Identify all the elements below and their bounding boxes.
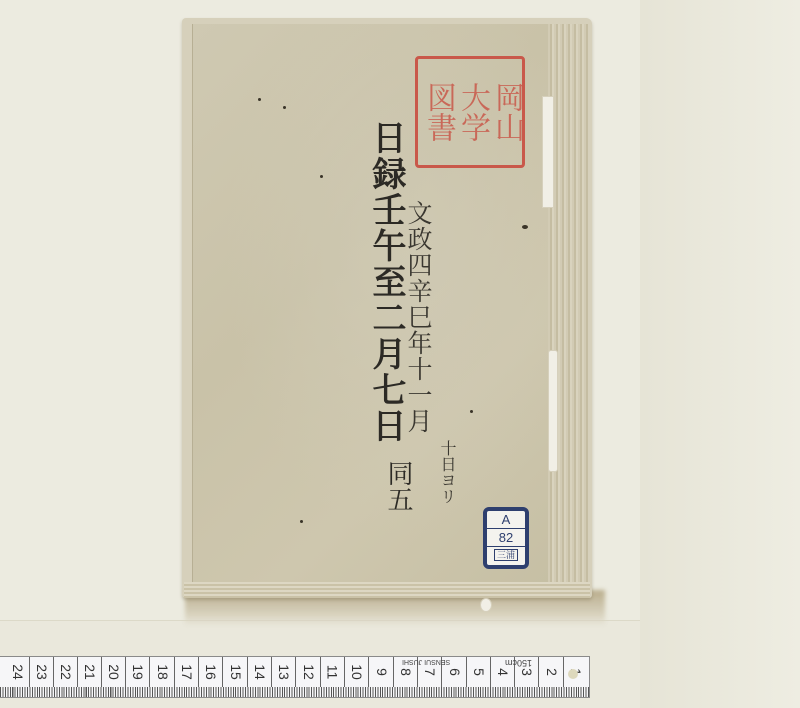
ruler-number: 4 bbox=[494, 668, 510, 676]
label-number: 82 bbox=[487, 529, 525, 547]
ruler-number: 2 bbox=[543, 668, 559, 676]
ink-speck bbox=[522, 225, 528, 229]
title-text: 日録 bbox=[366, 120, 406, 192]
label-class: A bbox=[487, 511, 525, 529]
ruler-number: 22 bbox=[57, 664, 73, 680]
ruler-number: 5 bbox=[470, 668, 486, 676]
ink-speck bbox=[470, 410, 473, 413]
ruler-number: 10 bbox=[348, 664, 364, 680]
ruler-number: 23 bbox=[33, 664, 49, 680]
ruler-number: 14 bbox=[251, 664, 267, 680]
ruler-number: 13 bbox=[275, 664, 291, 680]
ruler-number: 9 bbox=[373, 668, 389, 676]
small-note: 十日ヨリ bbox=[436, 440, 459, 504]
label-collection-text: 三浦 bbox=[494, 549, 518, 561]
ruler-number: 3 bbox=[518, 668, 534, 676]
seal-char: 大学 bbox=[457, 64, 487, 160]
ruler-number: 15 bbox=[227, 664, 243, 680]
seal-char: 岡山 bbox=[491, 64, 521, 160]
ruler-number: 12 bbox=[300, 664, 316, 680]
ruler-number: 8 bbox=[397, 668, 413, 676]
date-inscription: 文政四辛巳年十一月 bbox=[400, 200, 436, 434]
page-edges-right bbox=[548, 24, 588, 594]
library-seal-stamp: 図書 大学 岡山 bbox=[415, 56, 525, 168]
ruler-number: 18 bbox=[154, 664, 170, 680]
label-collection: 三浦 bbox=[487, 547, 525, 564]
ink-speck bbox=[283, 106, 286, 109]
torn-paper-strip bbox=[542, 96, 554, 208]
ruler-pin-hole bbox=[568, 669, 578, 679]
page-edges-bottom bbox=[184, 582, 590, 598]
ink-speck bbox=[258, 98, 261, 101]
ruler-length: 150cm bbox=[505, 658, 532, 668]
catalog-label: A 82 三浦 bbox=[483, 507, 529, 569]
ruler-number: 7 bbox=[421, 668, 437, 676]
paper-fragment bbox=[480, 598, 492, 612]
ruler-number: 16 bbox=[202, 664, 218, 680]
ruler-number: 11 bbox=[324, 665, 340, 680]
ruler-number: 21 bbox=[81, 664, 97, 680]
ruler-number: 6 bbox=[446, 668, 462, 676]
measuring-ruler: 24 23 22 21 20 19 18 17 16 15 14 13 12 1… bbox=[0, 656, 590, 698]
ink-speck bbox=[320, 175, 323, 178]
volume-mark: 同五 bbox=[380, 460, 417, 512]
ruler-number: 20 bbox=[105, 664, 121, 680]
torn-paper-strip bbox=[548, 350, 558, 472]
ruler-number: 17 bbox=[178, 664, 194, 680]
seal-char: 図書 bbox=[423, 64, 453, 160]
ruler-number: 24 bbox=[9, 664, 25, 680]
ruler-ticks bbox=[0, 687, 589, 697]
ruler-brand: SENSUI JUSHI bbox=[402, 658, 450, 665]
ruler-number: 19 bbox=[129, 664, 145, 680]
background-right bbox=[640, 0, 800, 708]
ink-speck bbox=[300, 520, 303, 523]
